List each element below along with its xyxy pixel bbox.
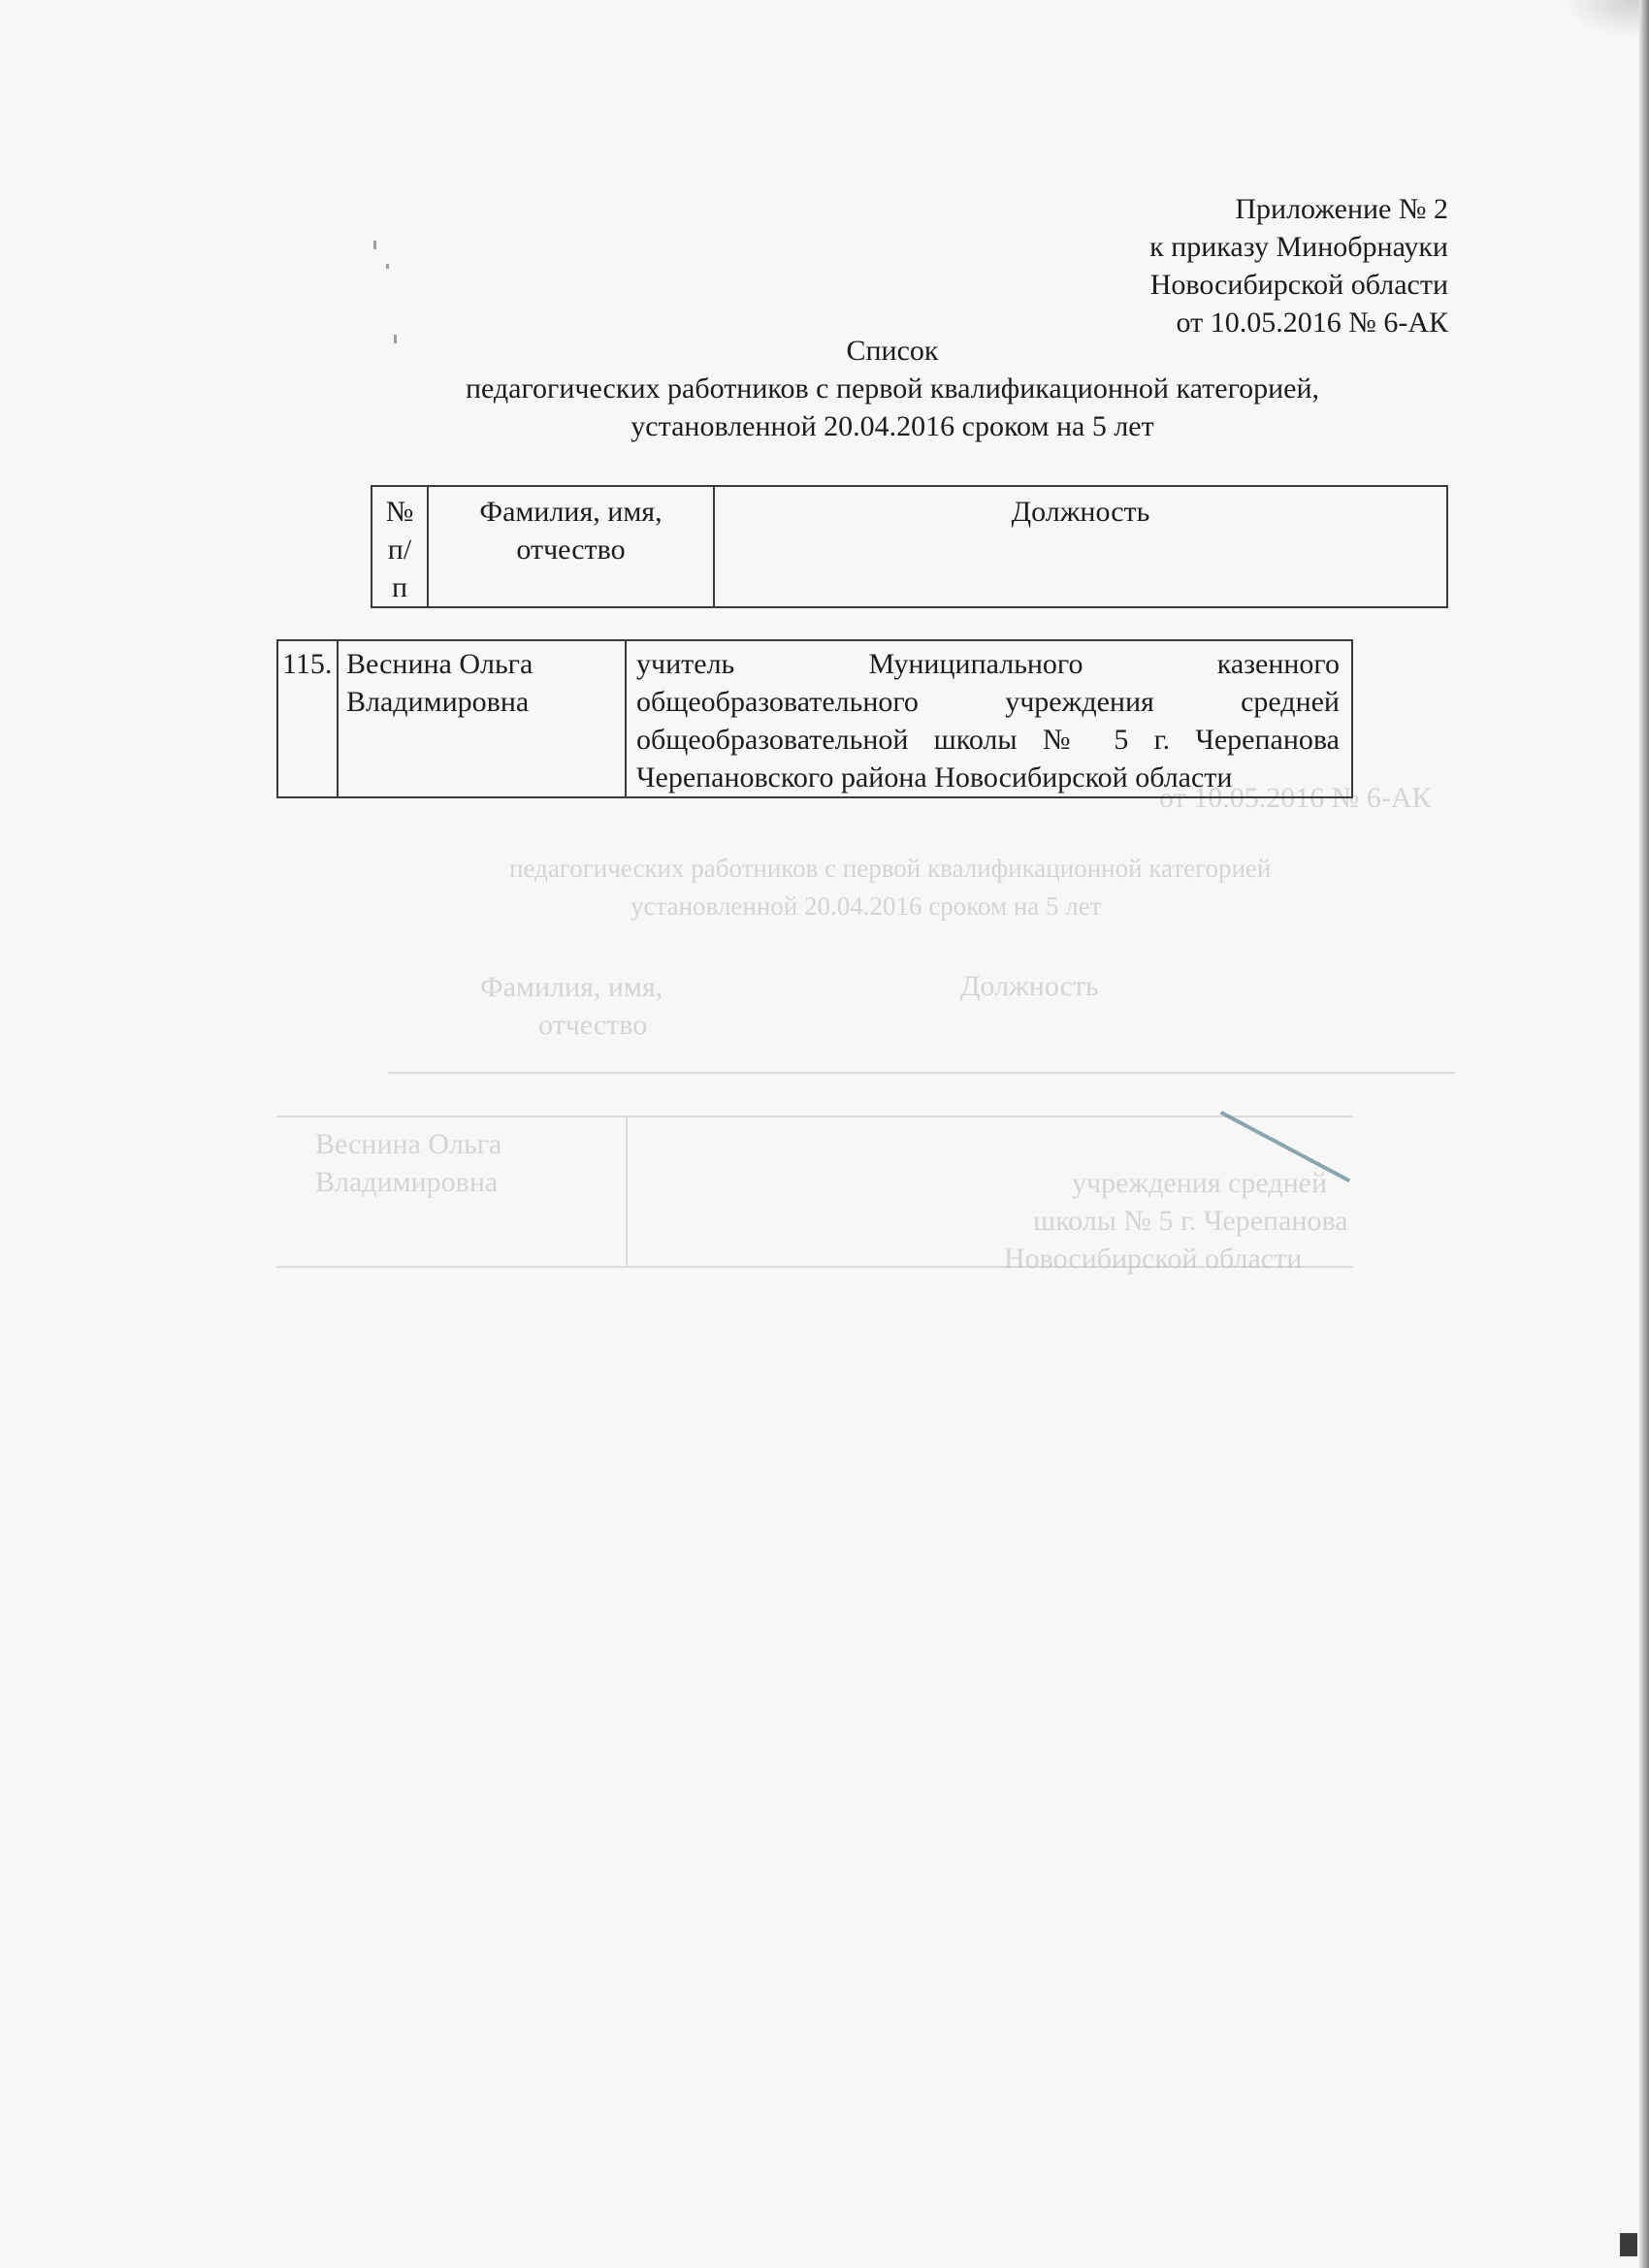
title-heading: Список (407, 332, 1377, 370)
scan-speck (373, 241, 376, 249)
annex-region: Новосибирской области (1149, 266, 1448, 304)
ghost-header-name: отчество (538, 1006, 647, 1044)
row-full-name: Веснина Ольга Владимировна (338, 640, 626, 797)
ghost-table-line (626, 1116, 628, 1266)
row-position: учитель Муниципального казенного общеобр… (626, 640, 1352, 797)
table-header: № п/ п Фамилия, имя, отчество Должность (371, 485, 1448, 608)
ghost-row-position: школы № 5 г. Черепанова (1033, 1202, 1348, 1240)
scan-corner-shadow (1562, 0, 1639, 39)
annex-order-ref: к приказу Минобрнауки (1149, 228, 1448, 266)
scanned-document-page: от 10.05.2016 № 6-АК педагогических рабо… (0, 0, 1649, 2268)
scan-edge-shadow (1639, 0, 1649, 2268)
annex-number: Приложение № 2 (1149, 190, 1448, 228)
table-header-row: № п/ п Фамилия, имя, отчество Должность (372, 486, 1447, 607)
scan-speck (394, 335, 397, 343)
table-row: 115. Веснина Ольга Владимировна учитель … (277, 640, 1352, 797)
header-number: № п/ п (372, 486, 428, 607)
ghost-header-position: Должность (960, 967, 1099, 1005)
row-number: 115. (277, 640, 338, 797)
header-full-name: Фамилия, имя, отчество (428, 486, 714, 607)
ghost-row-name: Владимировна (315, 1163, 498, 1201)
scan-artifact-mark (1620, 2233, 1637, 2256)
annex-header: Приложение № 2 к приказу Минобрнауки Нов… (1149, 190, 1448, 341)
header-position: Должность (714, 486, 1447, 607)
ghost-table-line (276, 1116, 1353, 1118)
ghost-title-line: установленной 20.04.2016 сроком на 5 лет (630, 888, 1102, 925)
ghost-row-name: Веснина Ольга (315, 1125, 501, 1163)
row-position-text: учитель Муниципального казенного общеобр… (636, 645, 1340, 796)
ghost-title-line: педагогических работников с первой квали… (509, 850, 1271, 888)
ghost-header-name: Фамилия, имя, (480, 968, 663, 1006)
title-term: установленной 20.04.2016 сроком на 5 лет (407, 407, 1377, 445)
table-body: 115. Веснина Ольга Владимировна учитель … (276, 639, 1353, 798)
title-subject: педагогических работников с первой квали… (407, 370, 1377, 407)
scan-speck (386, 264, 389, 269)
ghost-table-line (388, 1072, 1455, 1074)
document-title: Список педагогических работников с перво… (407, 332, 1377, 445)
ghost-row-position: Новосибирской области (1004, 1240, 1302, 1278)
ghost-row-position: учреждения средней (1072, 1164, 1327, 1202)
